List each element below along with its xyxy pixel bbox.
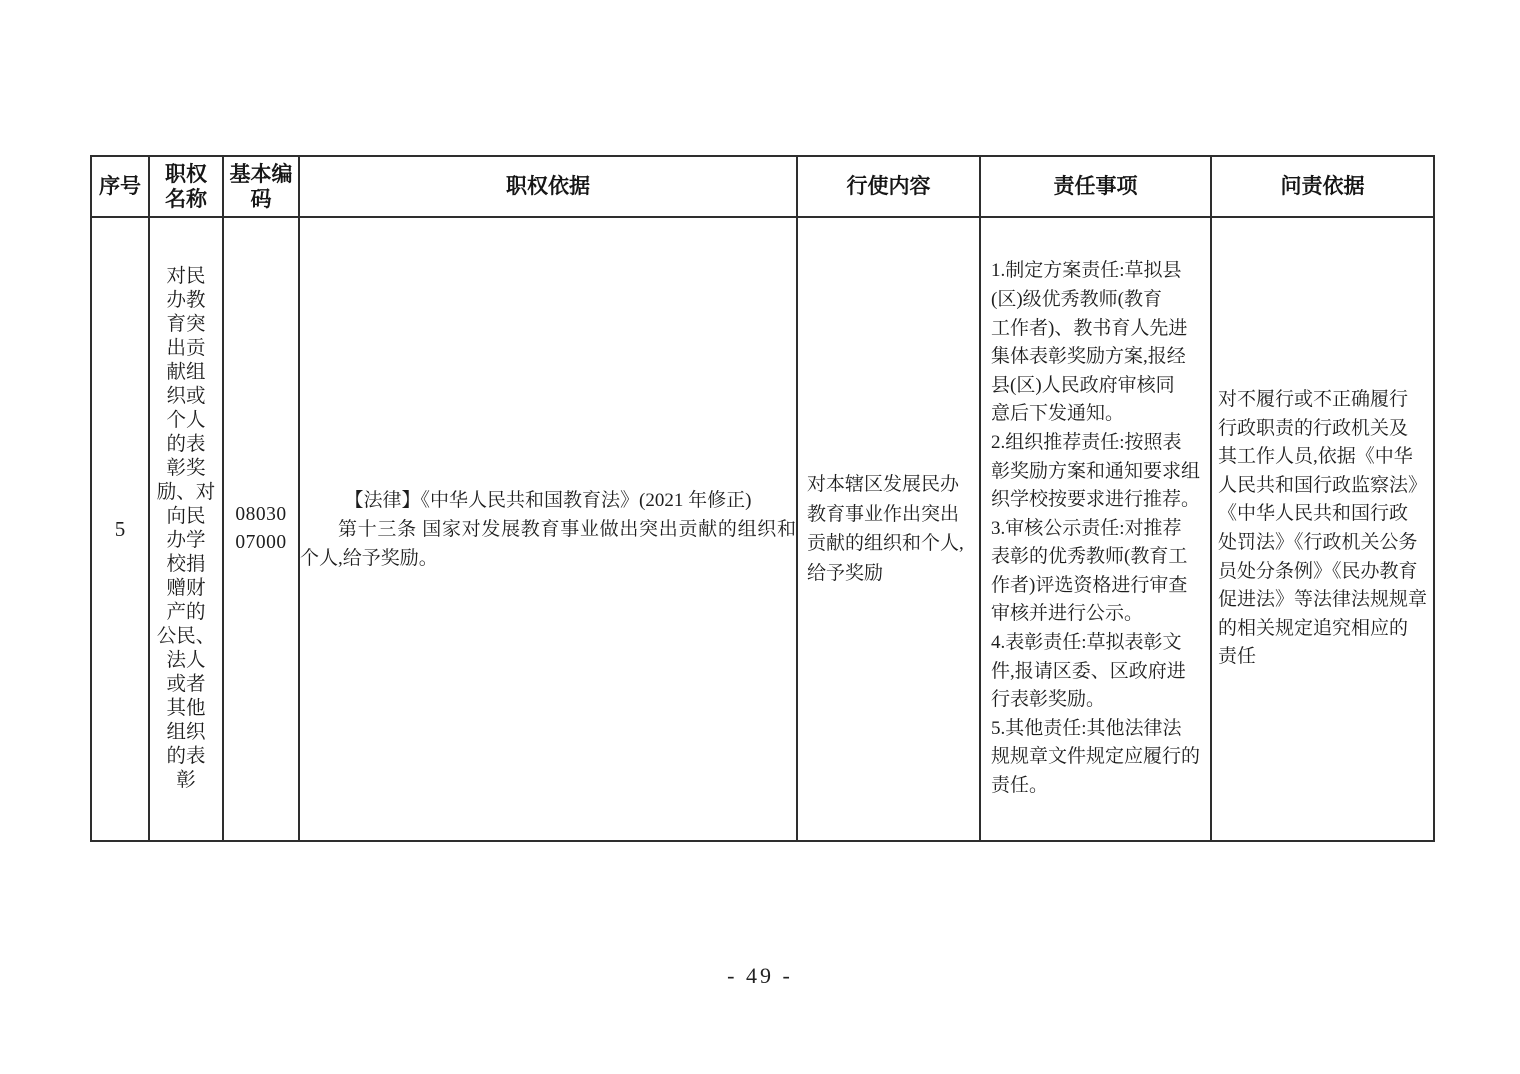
header-authority-basis: 职权依据	[299, 156, 797, 217]
document-page: 序号 职权 名称 基本编 码 职权依据 行使内容 责任事项 问责依据 5 对民 …	[0, 0, 1520, 1074]
cell-authority-name: 对民 办教 育突 出贡 献组 织或 个人 的表 彰奖 励、对 向民 办学 校捐 …	[149, 217, 223, 841]
header-authority-name: 职权 名称	[149, 156, 223, 217]
cell-responsibility-items: 1.制定方案责任:草拟县 (区)级优秀教师(教育 工作者)、教书育人先进 集体表…	[980, 217, 1211, 841]
page-number: - 49 -	[0, 963, 1520, 989]
authority-name-text: 对民 办教 育突 出贡 献组 织或 个人 的表 彰奖 励、对 向民 办学 校捐 …	[150, 265, 222, 793]
cell-basic-code: 08030 07000	[223, 217, 299, 841]
table-row: 5 对民 办教 育突 出贡 献组 织或 个人 的表 彰奖 励、对 向民 办学 校…	[91, 217, 1434, 841]
header-responsibility-items: 责任事项	[980, 156, 1211, 217]
header-accountability-basis: 问责依据	[1211, 156, 1434, 217]
exercise-content-text: 对本辖区发展民办 教育事业作出突出 贡献的组织和个人, 给予奖励	[798, 470, 979, 588]
basic-code-text: 08030 07000	[224, 501, 298, 557]
cell-exercise-content: 对本辖区发展民办 教育事业作出突出 贡献的组织和个人, 给予奖励	[797, 217, 980, 841]
cell-authority-basis: 【法律】《中华人民共和国教育法》(2021 年修正) 第十三条 国家对发展教育事…	[299, 217, 797, 841]
law-citation-title: 【法律】《中华人民共和国教育法》(2021 年修正)	[300, 486, 796, 515]
accountability-basis-text: 对不履行或不正确履行 行政职责的行政机关及 其工作人员,依据《中华 人民共和国行…	[1212, 386, 1433, 672]
header-basic-code: 基本编 码	[223, 156, 299, 217]
cell-accountability-basis: 对不履行或不正确履行 行政职责的行政机关及 其工作人员,依据《中华 人民共和国行…	[1211, 217, 1434, 841]
header-row: 序号 职权 名称 基本编 码 职权依据 行使内容 责任事项 问责依据	[91, 156, 1434, 217]
cell-serial-number: 5	[91, 217, 149, 841]
authority-matrix-table: 序号 职权 名称 基本编 码 职权依据 行使内容 责任事项 问责依据 5 对民 …	[90, 155, 1435, 842]
law-citation-article: 第十三条 国家对发展教育事业做出突出贡献的组织和个人,给予奖励。	[300, 515, 796, 573]
responsibility-items-text: 1.制定方案责任:草拟县 (区)级优秀教师(教育 工作者)、教书育人先进 集体表…	[981, 257, 1210, 800]
header-serial-number: 序号	[91, 156, 149, 217]
header-exercise-content: 行使内容	[797, 156, 980, 217]
